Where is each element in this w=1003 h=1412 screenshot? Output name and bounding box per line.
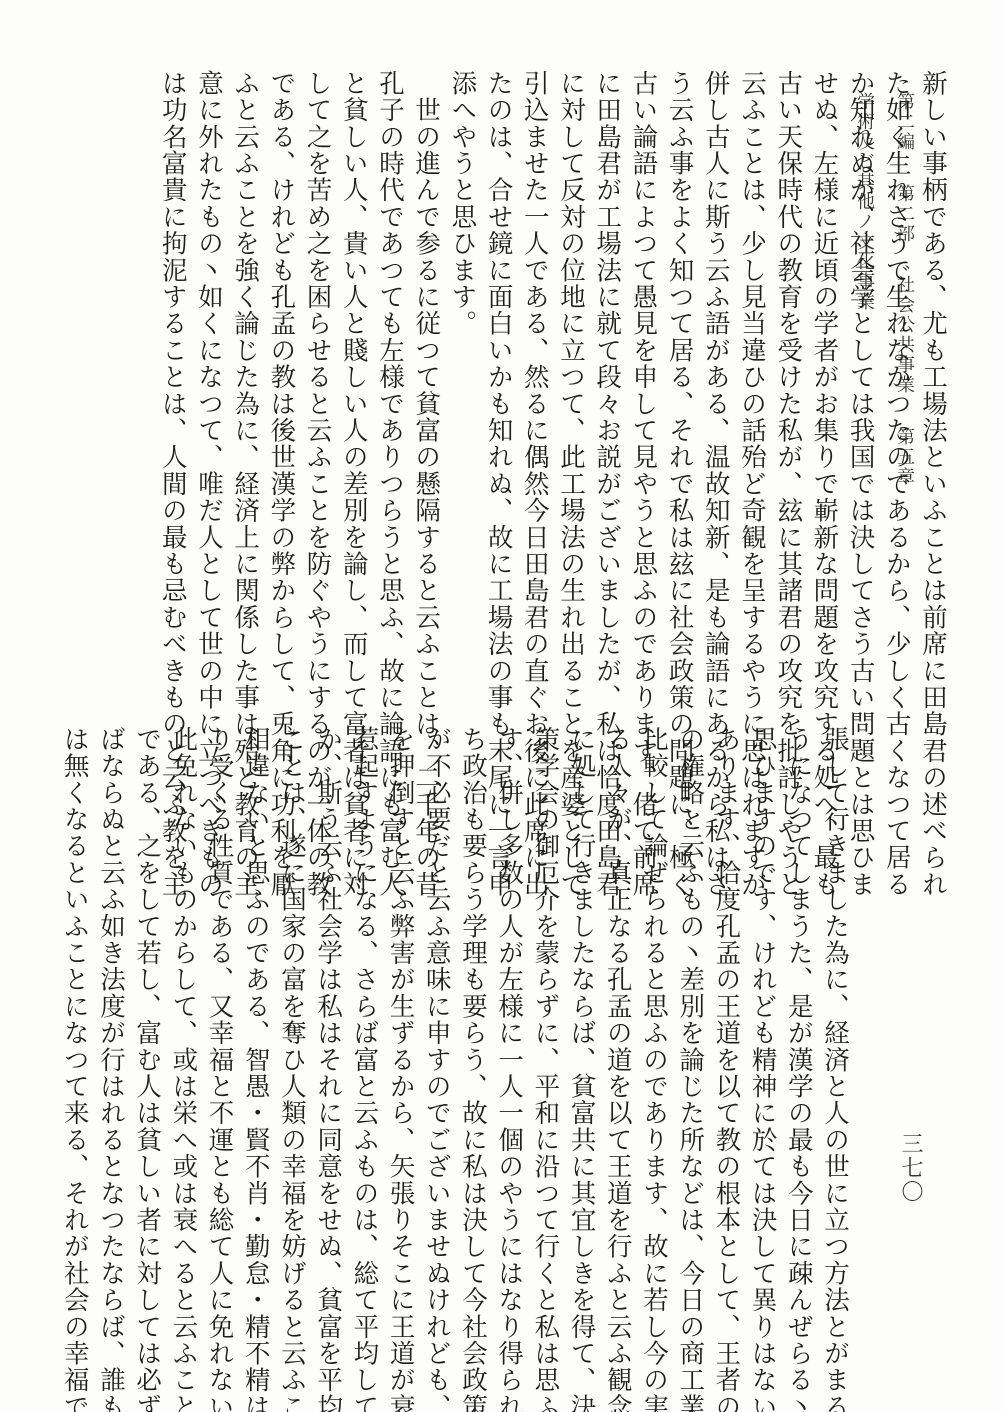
- text-column: ことは、遂に国家の富を奪ひ人類の幸福を妨げると云ふことになるに: [274, 726, 310, 1336]
- text-column: 此免れないものからして、或は栄へ或は衰へると云ふことは拠ないの: [165, 726, 201, 1336]
- text-column: に対して反対の位地に立つて、此工場法の生れ出ることを産婆として: [553, 70, 589, 680]
- text-column: 古い論語によつて愚見を申して見やうと思ふのであります、偖て前席: [625, 70, 661, 680]
- text-column: 策学会の御厄介を蒙らずに、平和に沿つて行くと私は思ふのでありま: [527, 726, 563, 1336]
- text-column: が不必要だと云ふ意味に申すのでございませぬけれども、富者が貧者: [419, 726, 455, 1336]
- text-column: る人々が、真正なる孔孟の道を以て王道を行ふと云ふ観念で世の事業: [600, 726, 636, 1336]
- text-column: 云ふことは、少し見当違ひの話殆ど奇観を呈するやうに思はれますが: [734, 70, 770, 680]
- text-column: 意に外れたもの丶如くになつて、唯だ人として世の中に立つべきもの: [191, 70, 227, 680]
- text-column: り受くる性質である、又幸福と不運とも総て人に免れないものである: [201, 726, 237, 1336]
- text-column: か、斯う云ふ社会学は私はそれに同意をせぬ、貧富を平均すると云ふ: [310, 726, 346, 1336]
- text-column: 併し古人に斯う云ふ語がある、温故知新、是も論語にあるから私はさ: [698, 70, 734, 680]
- page-number: 三七〇: [896, 1132, 926, 1204]
- text-column: あります、恰度孔孟の王道を以て教の根本として、王者の仁政と覇者: [708, 726, 744, 1336]
- text-column: 張して行きました為に、経済と人の世に立つ方法とがまるで別物のや: [817, 726, 853, 1336]
- text-column: 新しい事柄である、尤も工場法といふことは前席に田島君の述べられ: [915, 70, 951, 680]
- text-column: たのは、合せ鏡に面白いかも知れぬ、故に工場法の事も末尾に一言申: [480, 70, 516, 680]
- text-column: 比較して論ぜられると思ふのであります、故に若し今の実業界に於け: [636, 726, 672, 1336]
- text-column: せぬ、左様に近頃の学者がお集りで嶄新な問題を攻究する処へ、最も: [806, 70, 842, 680]
- text-column: う云ふ事をよく知つて居る、それで私は玆に社会政策の問題に、極く: [661, 70, 697, 680]
- text-column: である、けれども孔孟の教は後世漢学の弊からして、兎角に功利を厭: [263, 70, 299, 680]
- text-column: である、之をして若し、富む人は貧しい者に対しては必ず償はなけれ: [129, 726, 165, 1336]
- text-column: ばならぬと云ふ如き法度が行はれるとなつたならば、誰も富を致す人: [93, 726, 129, 1336]
- text-column: ふと云ふことを強く論じた為に、経済上に関係した事は殆ど教育の主: [227, 70, 263, 680]
- upper-text-block: 新しい事柄である、尤も工場法といふことは前席に田島君の述べられ た如く生れさうで…: [121, 70, 951, 680]
- text-column: 世の進んで参るに従つて貧富の懸隔すると云ふことは、二千年の昔: [408, 70, 444, 680]
- text-column: 添へやうと思ひます。: [444, 70, 480, 680]
- text-column: して之を苦め之を困らせると云ふことを防ぐやうにするのが一体の教: [299, 70, 335, 680]
- text-column: 引込ませた一人である、然るに偶然今日田島君の直ぐお後に此席に出: [517, 70, 553, 680]
- text-column: は功名富貴に拘泥することは、人間の最も忌むべきものと云ふ教を主: [155, 70, 191, 680]
- document-page: 第二編 第二部 社会公共事業 第五章 学術及ビ其他ノ文化事業 新しい事柄である、…: [0, 0, 1003, 1412]
- text-column: 古い天保時代の教育を受けた私が、玆に其諸君の攻究を批評しやうと: [770, 70, 806, 680]
- text-column: うになつてしまうた、是が漢学の最も今日に疎んぜらる丶所以と私は: [781, 726, 817, 1336]
- text-column: を押倒すと云ふ弊害が生ずるから、矢張りそこに王道が衰えて覇道を: [382, 726, 418, 1336]
- text-column: 孔子の時代であつても左様でありつらうと思ふ、故に論語にも富む人: [372, 70, 408, 680]
- text-column: に田島君が工場法に就て段々お説がございましたが、私は恰度田島君: [589, 70, 625, 680]
- text-column: か知れぬが、社会学としては我国では決してさう古い問題とは思ひま: [842, 70, 878, 680]
- text-column: 惹起すようになる、さらば富と云ふものは、総て平均して宜いといふ: [346, 726, 382, 1336]
- text-column: た如く生れさうで生れなかつたのであるから、少しく古くなつて居る: [879, 70, 915, 680]
- lower-text-block: 張して行きました為に、経済と人の世に立つ方法とがまるで別物のや うになつてしまう…: [23, 726, 853, 1336]
- text-column: は無くなるといふことになつて来る、それが社会の幸福であるか、否: [57, 726, 93, 1336]
- text-column: と貧しい人、貴い人と賤しい人の差別を論し、而して富者は貧者に対: [336, 70, 372, 680]
- text-column: す、併し多数の人が左様に一人一個のやうにはなり得られぬから、則: [491, 726, 527, 1336]
- text-column: 相違ないと思ふのである、智愚・賢不肖・勤怠・精不精は皆人の天よ: [238, 726, 274, 1336]
- text-column: ち政治も要らう学理も要らう、故に私は決して今社会政策学の御攻究: [455, 726, 491, 1336]
- text-column: の権略と云ふもの丶差別を論じた所などは、今日の商工業に対しても: [672, 726, 708, 1336]
- text-column: に処して行きましたならば、貧富共に其宜しきを得て、決して社会政: [563, 726, 599, 1336]
- text-column: 思ひますのです、けれども精神に於ては決して異りはないと思ふので: [744, 726, 780, 1336]
